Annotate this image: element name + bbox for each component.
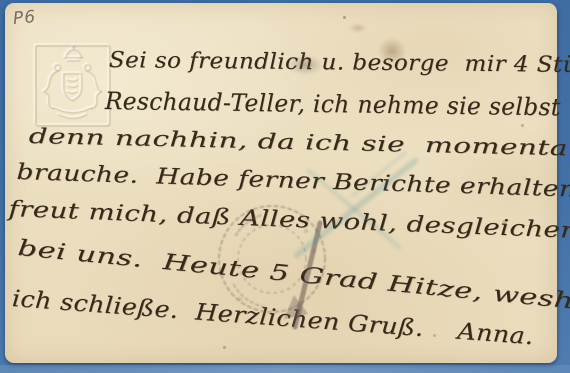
handwriting-line: Sei so freundlich u. besorge mir 4 Stück: [109, 48, 570, 78]
ink-smudge: [287, 55, 323, 75]
blue-handstamp-mark: [287, 151, 429, 267]
embossed-crest-icon: [31, 39, 115, 133]
paper-specks: [343, 16, 346, 19]
handwriting-line: Reschaud-Teller, ich nehme sie selbst: [105, 87, 561, 121]
photo-backdrop: P6: [0, 0, 570, 373]
stain-smudge: [349, 23, 367, 33]
pencil-note: P6: [12, 7, 37, 29]
postcard: P6: [5, 3, 557, 363]
